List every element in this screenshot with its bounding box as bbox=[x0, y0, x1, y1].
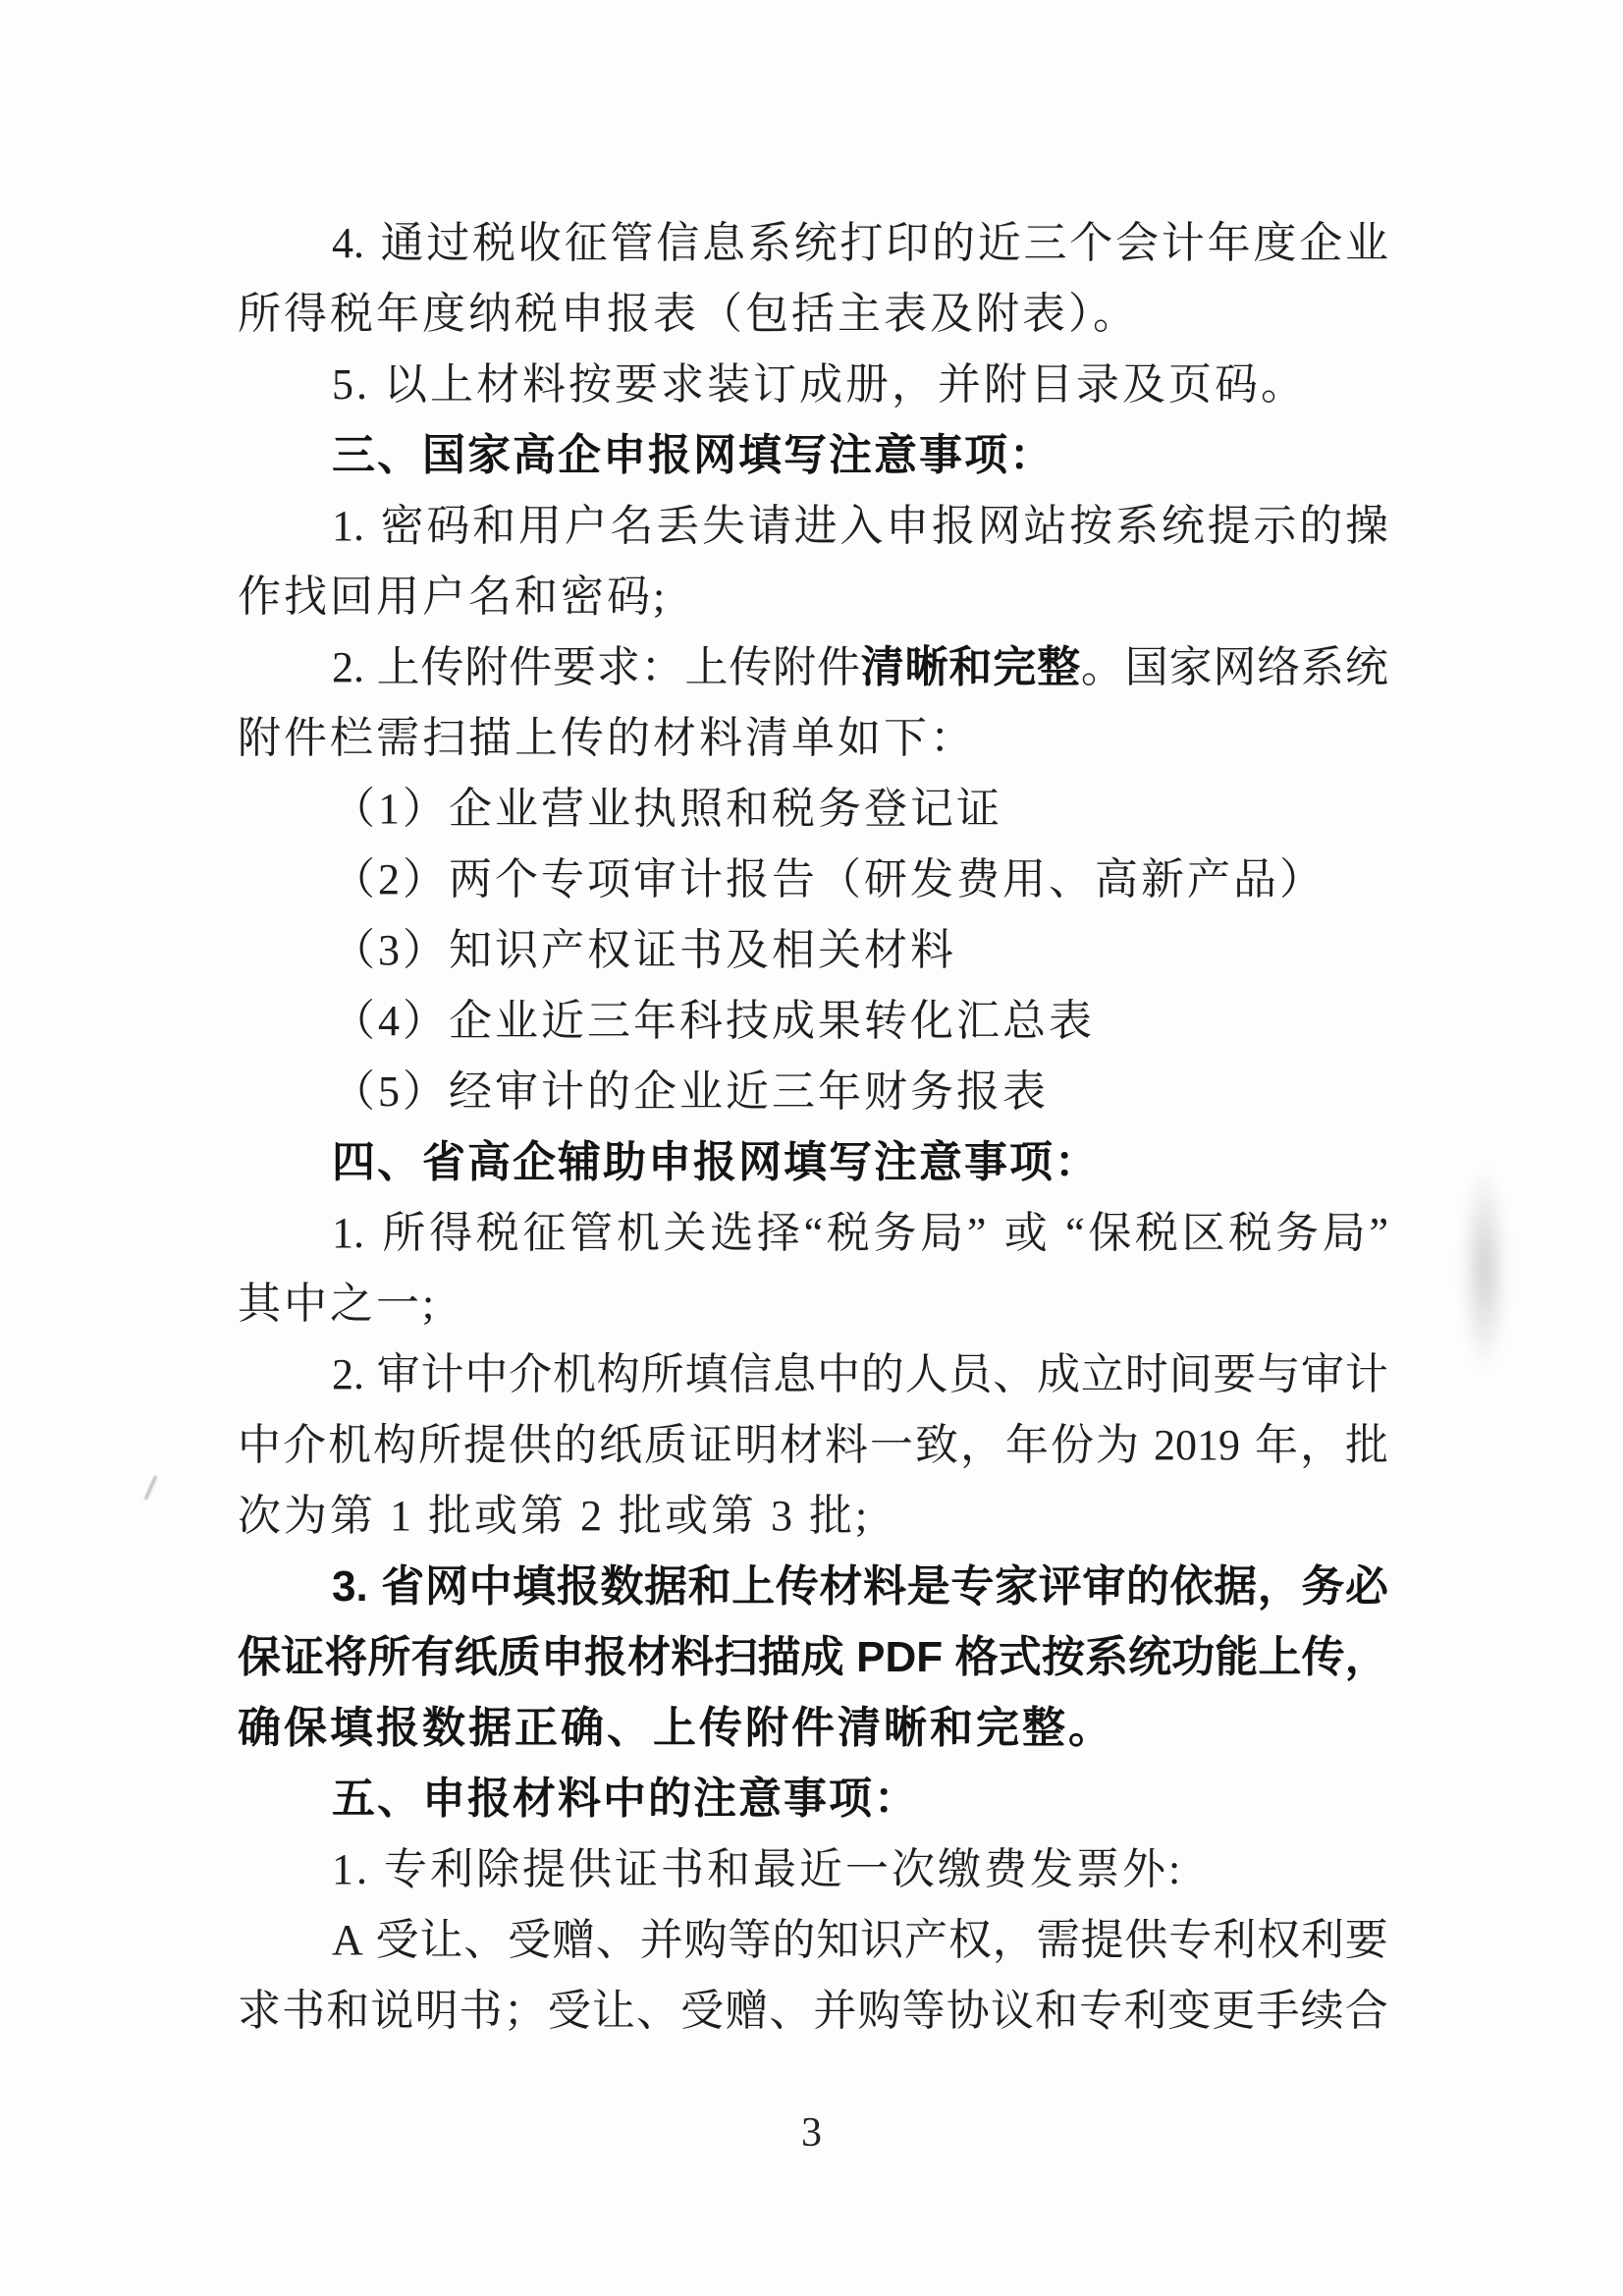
text-run: 或 bbox=[1004, 1198, 1048, 1269]
text-run: 计 bbox=[1345, 1339, 1388, 1410]
text-run: 过 bbox=[426, 208, 469, 279]
text-run: 间 bbox=[1169, 1339, 1213, 1410]
text-run: A bbox=[332, 1905, 363, 1976]
text-run: 息 bbox=[702, 208, 745, 279]
emphasis-text: 审 bbox=[1082, 1552, 1125, 1622]
text-run: ， bbox=[1300, 1410, 1343, 1481]
emphasis-text: 上 bbox=[1258, 1622, 1301, 1693]
text-run: 要 bbox=[1345, 1905, 1388, 1976]
document-page: 4. 通过税收征管信息系统打印的近三个会计年度企业所得税年度纳税申报表（包括主表… bbox=[0, 0, 1623, 2296]
emphasis-text: PDF bbox=[856, 1622, 943, 1693]
text-run: 家 bbox=[1169, 632, 1213, 703]
text-run: 统 bbox=[1345, 632, 1388, 703]
text-run: 人 bbox=[905, 1339, 948, 1410]
document-body: 4. 通过税收征管信息系统打印的近三个会计年度企业所得税年度纳税申报表（包括主表… bbox=[238, 208, 1388, 2047]
text-run: 征 bbox=[522, 1198, 566, 1269]
emphasis-text: 家 bbox=[995, 1552, 1038, 1622]
text-run: 机 bbox=[328, 1410, 371, 1481]
text-run: 赠 bbox=[725, 1976, 768, 2047]
text-run: 。 bbox=[1081, 632, 1124, 703]
emphasis-text: 传 bbox=[776, 1552, 819, 1622]
text-run: 的 bbox=[1299, 491, 1342, 562]
text-run: 受 bbox=[376, 1905, 419, 1976]
text-run: 示 bbox=[1253, 491, 1296, 562]
text-run: 书 bbox=[282, 1976, 325, 2047]
text-run: 密 bbox=[381, 491, 424, 562]
emphasis-text: 省 bbox=[381, 1552, 424, 1622]
text-run: 求 bbox=[597, 632, 640, 703]
text-run: 所 bbox=[382, 1198, 425, 1269]
text-run: 系 bbox=[1115, 491, 1159, 562]
text-run: ； bbox=[504, 1976, 547, 2047]
text-run: 选 bbox=[710, 1198, 753, 1269]
text-run: 得 bbox=[429, 1198, 472, 1269]
text-run: 请 bbox=[748, 491, 791, 562]
text-run: （1）企业营业执照和税务登记证 bbox=[332, 785, 1002, 833]
text-run: 统 bbox=[1162, 491, 1205, 562]
emphasis-text: 按 bbox=[1042, 1622, 1085, 1693]
emphasis-text: 功 bbox=[1171, 1622, 1215, 1693]
emphasis-text: 3. bbox=[332, 1552, 368, 1622]
sec4-item2-line1: 2. 审计中介机构所填信息中的人员、成立时间要与审计 bbox=[238, 1339, 1388, 1410]
text-run: 的 bbox=[554, 1410, 597, 1481]
text-run: 用 bbox=[518, 491, 562, 562]
text-run: 纸 bbox=[599, 1410, 642, 1481]
text-run: 年 bbox=[1208, 208, 1251, 279]
emphasis-text: 所 bbox=[367, 1622, 410, 1693]
sec5-item1-line1: 1. 专利除提供证书和最近一次缴费发票外: bbox=[238, 1834, 1388, 1905]
emphasis-text: 专 bbox=[950, 1552, 994, 1622]
text-run: 附件栏需扫描上传的材料清单如下： bbox=[238, 714, 976, 762]
emphasis-text: 式 bbox=[999, 1622, 1042, 1693]
text-run: 机 bbox=[553, 1339, 596, 1410]
text-run: 年 bbox=[1255, 1410, 1298, 1481]
text-run: 、 bbox=[596, 1905, 639, 1976]
emphasis-text: 质 bbox=[498, 1622, 541, 1693]
text-run: 份 bbox=[1051, 1410, 1094, 1481]
text-run: 的 bbox=[861, 1339, 904, 1410]
text-run: 会 bbox=[1115, 208, 1159, 279]
text-run: 件 bbox=[817, 632, 860, 703]
text-run: 构 bbox=[597, 1339, 640, 1410]
emphasis-text: 将 bbox=[324, 1622, 367, 1693]
text-run bbox=[364, 1905, 375, 1976]
sec4-item3-line1: 3. 省网中填报数据和上传材料是专家评审的依据，务必 bbox=[238, 1552, 1388, 1622]
emphasis-text: 能 bbox=[1215, 1622, 1258, 1693]
text-run: （2）两个专项审计报告（研发费用、高新产品） bbox=[332, 855, 1325, 903]
emphasis-text: 清 bbox=[861, 632, 904, 703]
text-run: 码 bbox=[426, 491, 469, 562]
sec5-itemA-line2: 求书和说明书；受让、受赠、并购等协议和专利变更手续合 bbox=[238, 1976, 1388, 2047]
emphasis-text: 整 bbox=[1037, 632, 1080, 703]
text-run: 网 bbox=[978, 491, 1021, 562]
text-run bbox=[365, 1339, 376, 1410]
emphasis-text: 证 bbox=[281, 1622, 324, 1693]
text-run: 税 bbox=[1228, 1198, 1271, 1269]
text-run: 知 bbox=[816, 1905, 859, 1976]
scan-artifact-smudge bbox=[1461, 1164, 1508, 1375]
para4-line1: 4. 通过税收征管信息系统打印的近三个会计年度企业 bbox=[238, 208, 1388, 279]
text-run: 税 bbox=[827, 1198, 870, 1269]
emphasis-text: ， bbox=[1258, 1552, 1301, 1622]
text-run: 件 bbox=[509, 632, 552, 703]
emphasis-text: 依 bbox=[1169, 1552, 1213, 1622]
text-run: 征 bbox=[565, 208, 608, 279]
text-run: 专 bbox=[1168, 1905, 1212, 1976]
emphasis-text: 料 bbox=[671, 1622, 714, 1693]
text-run: 2. bbox=[332, 632, 364, 703]
text-run: （3）知识产权证书及相关材料 bbox=[332, 926, 956, 974]
text-run: 4. bbox=[332, 208, 364, 279]
text-run: 协 bbox=[947, 1976, 990, 2047]
text-run: 填 bbox=[684, 1339, 728, 1410]
text-run: 入 bbox=[839, 491, 883, 562]
emphasis-text: 三、国家高企申报网填写注意事项： bbox=[332, 431, 1055, 479]
text-run: 与 bbox=[1257, 1339, 1300, 1410]
text-run: 让 bbox=[592, 1976, 635, 2047]
sec3-item1-line2: 作找回用户名和密码; bbox=[238, 562, 1388, 632]
text-run: 务 bbox=[1275, 1198, 1319, 1269]
text-run: ， bbox=[993, 1905, 1036, 1976]
text-run: 时 bbox=[1125, 1339, 1168, 1410]
text-run: 要 bbox=[553, 632, 596, 703]
text-run: 手 bbox=[1257, 1976, 1300, 2047]
text-run: 权 bbox=[1257, 1905, 1300, 1976]
text-run: 一 bbox=[870, 1410, 913, 1481]
text-run: 和 bbox=[472, 491, 515, 562]
text-run: 书 bbox=[460, 1976, 503, 2047]
text-run: 统 bbox=[794, 208, 838, 279]
text-run: 利 bbox=[1301, 1905, 1344, 1976]
text-run: 次为第 1 批或第 2 批或第 3 批; bbox=[238, 1492, 870, 1540]
text-run: 料 bbox=[825, 1410, 868, 1481]
emphasis-text: 务 bbox=[1301, 1552, 1344, 1622]
text-run: 材 bbox=[780, 1410, 823, 1481]
text-run: 构 bbox=[373, 1410, 416, 1481]
emphasis-text: 申 bbox=[541, 1622, 584, 1693]
text-run: ， bbox=[960, 1410, 1003, 1481]
text-run: 5. 以上材料按要求装订成册，并附目录及页码。 bbox=[332, 360, 1307, 409]
emphasis-text: 扫 bbox=[714, 1622, 757, 1693]
text-run: 丢 bbox=[656, 491, 699, 562]
emphasis-text: 统 bbox=[1128, 1622, 1171, 1693]
page-number: 3 bbox=[801, 2110, 822, 2156]
text-run bbox=[990, 1198, 1001, 1269]
text-run: 提 bbox=[1081, 1905, 1124, 1976]
text-run: 说 bbox=[370, 1976, 413, 2047]
emphasis-text: 必 bbox=[1345, 1552, 1388, 1622]
text-run: 、 bbox=[636, 1976, 679, 2047]
text-run: 员 bbox=[948, 1339, 992, 1410]
text-run: 致 bbox=[915, 1410, 958, 1481]
scan-artifact-tick bbox=[144, 1476, 157, 1501]
emphasis-text: 和 bbox=[948, 632, 992, 703]
sec4-item1-line1: 1. 所得税征管机关选择“税务局” 或 “保税区税务局” bbox=[238, 1198, 1388, 1269]
text-run: 变 bbox=[1167, 1976, 1211, 2047]
text-run: 局 bbox=[1323, 1198, 1366, 1269]
sec5-itemA-line1: A 受让、受赠、并购等的知识产权，需提供专利权利要 bbox=[238, 1905, 1388, 1976]
text-run: 失 bbox=[702, 491, 745, 562]
sec3-list-1: （1）企业营业执照和税务登记证 bbox=[238, 774, 1388, 845]
text-run: 、 bbox=[769, 1976, 812, 2047]
emphasis-text: 晰 bbox=[905, 632, 948, 703]
emphasis-text: ， bbox=[1345, 1622, 1388, 1693]
emphasis-text: 材 bbox=[627, 1622, 671, 1693]
text-run: 附 bbox=[464, 632, 508, 703]
para5-line1: 5. 以上材料按要求装订成册，并附目录及页码。 bbox=[238, 350, 1388, 420]
text-run: 关 bbox=[664, 1198, 707, 1269]
sec3-list-2: （2）两个专项审计报告（研发费用、高新产品） bbox=[238, 845, 1388, 915]
text-run: 三 bbox=[1024, 208, 1067, 279]
text-run: 税 bbox=[1135, 1198, 1178, 1269]
emphasis-text: 据 bbox=[644, 1552, 687, 1622]
text-run: 和 bbox=[326, 1976, 369, 2047]
text-run: 名 bbox=[610, 491, 653, 562]
text-run: 所 bbox=[641, 1339, 684, 1410]
emphasis-text: 网 bbox=[425, 1552, 468, 1622]
emphasis-text: 纸 bbox=[455, 1622, 498, 1693]
text-run: 并 bbox=[813, 1976, 856, 2047]
text-run: 要 bbox=[1213, 1339, 1256, 1410]
text-run bbox=[367, 491, 378, 562]
text-run: 企 bbox=[1299, 208, 1342, 279]
text-run: 网 bbox=[1213, 632, 1256, 703]
sec3-list-5: （5）经审计的企业近三年财务报表 bbox=[238, 1057, 1388, 1127]
emphasis-text: 系 bbox=[1085, 1622, 1128, 1693]
text-run: 介 bbox=[283, 1410, 326, 1481]
text-run: 识 bbox=[860, 1905, 903, 1976]
text-run: 其中之一; bbox=[238, 1280, 437, 1328]
sec3-item2-line1: 2. 上传附件要求：上传附件清晰和完整。国家网络系统 bbox=[238, 632, 1388, 703]
text-run: 受 bbox=[548, 1976, 591, 2047]
text-run: 年 bbox=[1005, 1410, 1049, 1481]
text-run: 供 bbox=[1124, 1905, 1167, 1976]
text-run: 系 bbox=[1301, 632, 1344, 703]
emphasis-text: 描 bbox=[758, 1622, 801, 1693]
text-run: 作找回用户名和密码; bbox=[238, 573, 668, 621]
emphasis-text: 成 bbox=[801, 1622, 844, 1693]
text-run: 中 bbox=[238, 1410, 281, 1481]
text-run: 供 bbox=[509, 1410, 552, 1481]
text-run: 管 bbox=[569, 1198, 613, 1269]
text-run: 报 bbox=[932, 491, 975, 562]
sec4-item2-line3: 次为第 1 批或第 2 批或第 3 批; bbox=[238, 1481, 1388, 1552]
emphasis-text bbox=[943, 1622, 954, 1693]
text-run: （4）企业近三年科技成果转化汇总表 bbox=[332, 997, 1095, 1045]
text-run: 提 bbox=[463, 1410, 507, 1481]
text-run: （5）经审计的企业近三年财务报表 bbox=[332, 1067, 1049, 1116]
text-run: “ bbox=[1065, 1198, 1085, 1269]
emphasis-text: 有 bbox=[411, 1622, 455, 1693]
text-run bbox=[368, 1198, 379, 1269]
text-run: 需 bbox=[1037, 1905, 1080, 1976]
emphasis-text: 是 bbox=[907, 1552, 950, 1622]
text-run: 和 bbox=[1035, 1976, 1078, 2047]
text-run: 2019 bbox=[1154, 1410, 1240, 1481]
sec4-item3-line2: 保证将所有纸质申报材料扫描成 PDF 格式按系统功能上传， bbox=[238, 1622, 1388, 1693]
text-run: 的 bbox=[772, 1905, 815, 1976]
emphasis-text: 材 bbox=[819, 1552, 862, 1622]
text-run: 介 bbox=[509, 1339, 552, 1410]
text-run: 利 bbox=[1123, 1976, 1166, 2047]
text-run: 印 bbox=[886, 208, 929, 279]
text-run: ： bbox=[641, 632, 684, 703]
text-run: 所 bbox=[418, 1410, 461, 1481]
text-run: 成 bbox=[1037, 1339, 1080, 1410]
text-run: 的 bbox=[932, 208, 975, 279]
emphasis-text: 填 bbox=[513, 1552, 556, 1622]
text-run: 度 bbox=[1253, 208, 1296, 279]
text-run: 受 bbox=[680, 1976, 724, 2047]
text-run: 务 bbox=[873, 1198, 916, 1269]
emphasis-text: 传 bbox=[1302, 1622, 1345, 1693]
text-run: 税 bbox=[472, 208, 515, 279]
heading-section-4: 四、省高企辅助申报网填写注意事项： bbox=[238, 1127, 1388, 1198]
text-run: 进 bbox=[794, 491, 838, 562]
text-run: 计 bbox=[420, 1339, 463, 1410]
text-run: 1. 专利除提供证书和最近一次缴费发票外: bbox=[332, 1845, 1183, 1893]
text-run: 审 bbox=[1301, 1339, 1344, 1410]
text-run bbox=[1141, 1410, 1152, 1481]
emphasis-text: 数 bbox=[600, 1552, 643, 1622]
text-run: 等 bbox=[902, 1976, 946, 2047]
emphasis-text: 据 bbox=[1214, 1552, 1257, 1622]
text-run: 受 bbox=[508, 1905, 551, 1976]
text-run: 权 bbox=[948, 1905, 992, 1976]
sec3-list-4: （4）企业近三年科技成果转化汇总表 bbox=[238, 986, 1388, 1057]
text-run: 赠 bbox=[552, 1905, 595, 1976]
text-run bbox=[365, 632, 376, 703]
text-run: 上 bbox=[377, 632, 420, 703]
emphasis-text: 确保填报数据正确、上传附件清晰和完整。 bbox=[238, 1704, 1114, 1752]
sec3-list-3: （3）知识产权证书及相关材料 bbox=[238, 915, 1388, 986]
sec4-item1-line2: 其中之一; bbox=[238, 1269, 1388, 1339]
emphasis-text: 评 bbox=[1039, 1552, 1082, 1622]
text-run: 传 bbox=[729, 632, 772, 703]
text-run: 个 bbox=[1069, 208, 1112, 279]
text-run: 、 bbox=[993, 1339, 1036, 1410]
text-run: 中 bbox=[464, 1339, 508, 1410]
text-run: 产 bbox=[904, 1905, 947, 1976]
text-run: 专 bbox=[1079, 1976, 1122, 2047]
text-run: ” bbox=[967, 1198, 987, 1269]
text-run: 局 bbox=[920, 1198, 963, 1269]
text-run bbox=[367, 208, 378, 279]
para4-line2: 所得税年度纳税申报表（包括主表及附表）。 bbox=[238, 279, 1388, 350]
sec4-item3-line3: 确保填报数据正确、上传附件清晰和完整。 bbox=[238, 1693, 1388, 1764]
text-run: “ bbox=[804, 1198, 824, 1269]
text-run bbox=[1051, 1198, 1061, 1269]
text-run: 计 bbox=[1162, 208, 1205, 279]
page-footer: 3 bbox=[0, 2109, 1623, 2157]
emphasis-text: 五、申报材料中的注意事项： bbox=[332, 1775, 919, 1823]
text-run: 国 bbox=[1125, 632, 1168, 703]
text-run: 合 bbox=[1345, 1976, 1388, 2047]
sec4-item2-line2: 中介机构所提供的纸质证明材料一致，年份为 2019 年，批 bbox=[238, 1410, 1388, 1481]
emphasis-text: 格 bbox=[955, 1622, 999, 1693]
text-run: 求 bbox=[238, 1976, 281, 2047]
text-run: 购 bbox=[684, 1905, 728, 1976]
sec3-item1-line1: 1. 密码和用户名丢失请进入申报网站按系统提示的操 bbox=[238, 491, 1388, 562]
text-run: 税 bbox=[476, 1198, 519, 1269]
text-run: 上 bbox=[684, 632, 728, 703]
text-run: 户 bbox=[565, 491, 608, 562]
text-run: ” bbox=[1369, 1198, 1388, 1269]
text-run: 保 bbox=[1088, 1198, 1131, 1269]
text-run: 站 bbox=[1024, 491, 1067, 562]
text-run: 明 bbox=[414, 1976, 458, 2047]
emphasis-text: 中 bbox=[468, 1552, 512, 1622]
text-run: 附 bbox=[773, 632, 816, 703]
heading-section-3: 三、国家高企申报网填写注意事项： bbox=[238, 420, 1388, 491]
text-run: 操 bbox=[1345, 491, 1388, 562]
emphasis-text: 料 bbox=[863, 1552, 906, 1622]
text-run: 等 bbox=[729, 1905, 772, 1976]
emphasis-text: 上 bbox=[731, 1552, 775, 1622]
text-run: 提 bbox=[1208, 491, 1251, 562]
text-run: 更 bbox=[1212, 1976, 1255, 2047]
text-run: 打 bbox=[839, 208, 883, 279]
emphasis-text: 四、省高企辅助申报网填写注意事项： bbox=[332, 1138, 1100, 1186]
text-run: 所得税年度纳税申报表（包括主表及附表）。 bbox=[238, 290, 1139, 338]
text-run: 审 bbox=[377, 1339, 420, 1410]
text-run: 系 bbox=[748, 208, 791, 279]
emphasis-text: 和 bbox=[688, 1552, 731, 1622]
text-run: 让 bbox=[419, 1905, 462, 1976]
text-run: 利 bbox=[1213, 1905, 1256, 1976]
text-run: 1. bbox=[332, 1198, 364, 1269]
emphasis-text: 完 bbox=[993, 632, 1036, 703]
text-run: 立 bbox=[1081, 1339, 1124, 1410]
text-run: 明 bbox=[734, 1410, 778, 1481]
text-run: 机 bbox=[617, 1198, 660, 1269]
text-run: 2. bbox=[332, 1339, 364, 1410]
text-run: 、 bbox=[463, 1905, 507, 1976]
sec3-item2-line2: 附件栏需扫描上传的材料清单如下： bbox=[238, 703, 1388, 774]
text-run: 管 bbox=[610, 208, 653, 279]
text-run: 并 bbox=[640, 1905, 683, 1976]
text-run: 择 bbox=[757, 1198, 800, 1269]
text-run: 近 bbox=[978, 208, 1021, 279]
text-run: 议 bbox=[991, 1976, 1034, 2047]
emphasis-text: 保 bbox=[238, 1622, 281, 1693]
emphasis-text bbox=[844, 1622, 856, 1693]
text-run: 信 bbox=[656, 208, 699, 279]
text-run: 1. bbox=[332, 491, 364, 562]
text-run: 中 bbox=[817, 1339, 860, 1410]
text-run: 购 bbox=[858, 1976, 901, 2047]
emphasis-text: 报 bbox=[584, 1622, 627, 1693]
text-run: 续 bbox=[1301, 1976, 1344, 2047]
text-run: 收 bbox=[518, 208, 562, 279]
text-run bbox=[1242, 1410, 1253, 1481]
emphasis-text: 的 bbox=[1126, 1552, 1169, 1622]
text-run: 批 bbox=[1345, 1410, 1388, 1481]
emphasis-text: 报 bbox=[557, 1552, 600, 1622]
heading-section-5: 五、申报材料中的注意事项： bbox=[238, 1764, 1388, 1834]
text-run: 按 bbox=[1069, 491, 1112, 562]
text-run: 传 bbox=[420, 632, 463, 703]
text-run: 息 bbox=[773, 1339, 816, 1410]
text-run: 业 bbox=[1345, 208, 1388, 279]
text-run: 质 bbox=[644, 1410, 687, 1481]
text-run: 证 bbox=[689, 1410, 732, 1481]
text-run: 信 bbox=[729, 1339, 772, 1410]
text-run: 申 bbox=[886, 491, 929, 562]
text-run: 通 bbox=[381, 208, 424, 279]
emphasis-text bbox=[368, 1552, 380, 1622]
text-run: 络 bbox=[1257, 632, 1300, 703]
